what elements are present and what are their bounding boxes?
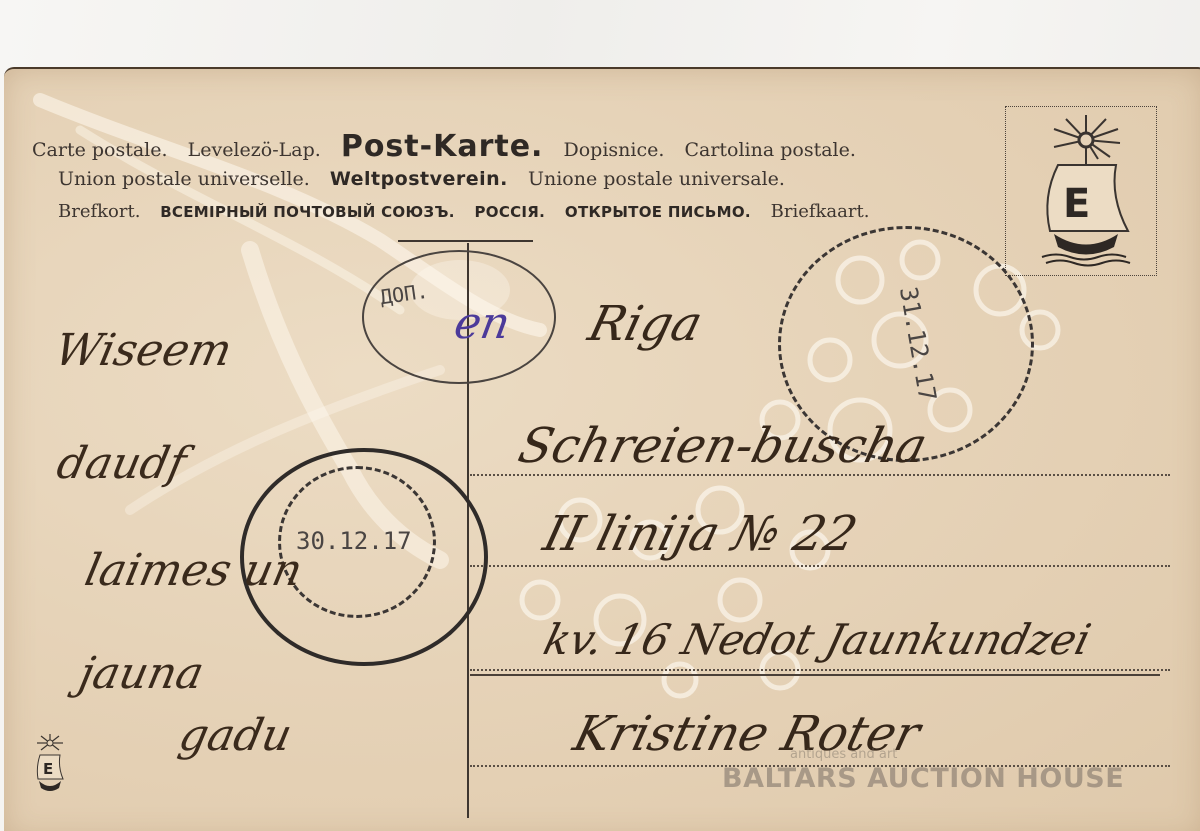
header-union-postale: Union postale universelle. [58,168,310,190]
publisher-logo: E [32,733,68,801]
watermark-baltars: BALTARS AUCTION HOUSE [722,763,1124,794]
header-unione-postale: Unione postale universale. [528,168,785,190]
address-line-2 [470,565,1170,567]
header-universal-postal-union-ru: ВСЕМІРНЫЙ ПОЧТОВЫЙ СОЮЗЪ. [160,203,455,221]
svg-text:E: E [1063,181,1090,227]
stamp-placeholder-box: E [1005,106,1157,276]
address-underline-solid [470,674,1160,676]
header-weltpostverein: Weltpostverein. [330,168,508,190]
violet-pencil-mark: en [451,298,514,349]
header-brefkort: Brefkort. [58,201,140,222]
message-line-3: laimes un [81,545,307,596]
header-cartolina-postale: Cartolina postale. [684,139,855,161]
svg-text:E: E [43,760,53,778]
watermark-subtitle: antiques and art [790,747,897,762]
address-street: Schreien-buscha [513,418,933,474]
sun-ship-logo-icon: E [32,733,68,797]
address-line-1 [470,474,1170,476]
message-line-2: daudf [53,438,191,489]
header-post-karte: Post-Karte. [341,129,544,164]
message-line-4: jauna [75,648,209,699]
header-russia: РОССІЯ. [474,203,545,221]
postmark-center-date: 30.12.17 [296,527,412,555]
address-line-3 [470,669,1170,671]
sun-ship-logo-icon: E [1006,107,1156,275]
header-dopisnice: Dopisnice. [564,139,665,161]
address-city: Riga [583,296,708,352]
watermark-title: BALTARS AUCTION HOUSE [722,763,1124,794]
header-line-2: Union postale universelle. Weltpostverei… [58,168,799,190]
header-line-1: Carte postale. Levelezö-Lap. Post-Karte.… [32,129,870,164]
header-line-3: Brefkort. ВСЕМІРНЫЙ ПОЧТОВЫЙ СОЮЗЪ. РОСС… [58,201,883,222]
message-line-1: Wiseem [51,325,237,376]
address-house: kv. 16 Nedot Jaunkundzei [539,615,1096,664]
address-line-number: II linija № 22 [538,506,863,562]
header-levelezo-lap: Levelezö-Lap. [188,139,321,161]
header-briefkaart: Briefkaart. [771,201,870,222]
message-line-5: gadu [175,710,297,761]
divider-top-rule [398,240,533,242]
header-open-letter: ОТКРЫТОЕ ПИСЬМО. [565,203,751,221]
header-carte-postale: Carte postale. [32,139,168,161]
